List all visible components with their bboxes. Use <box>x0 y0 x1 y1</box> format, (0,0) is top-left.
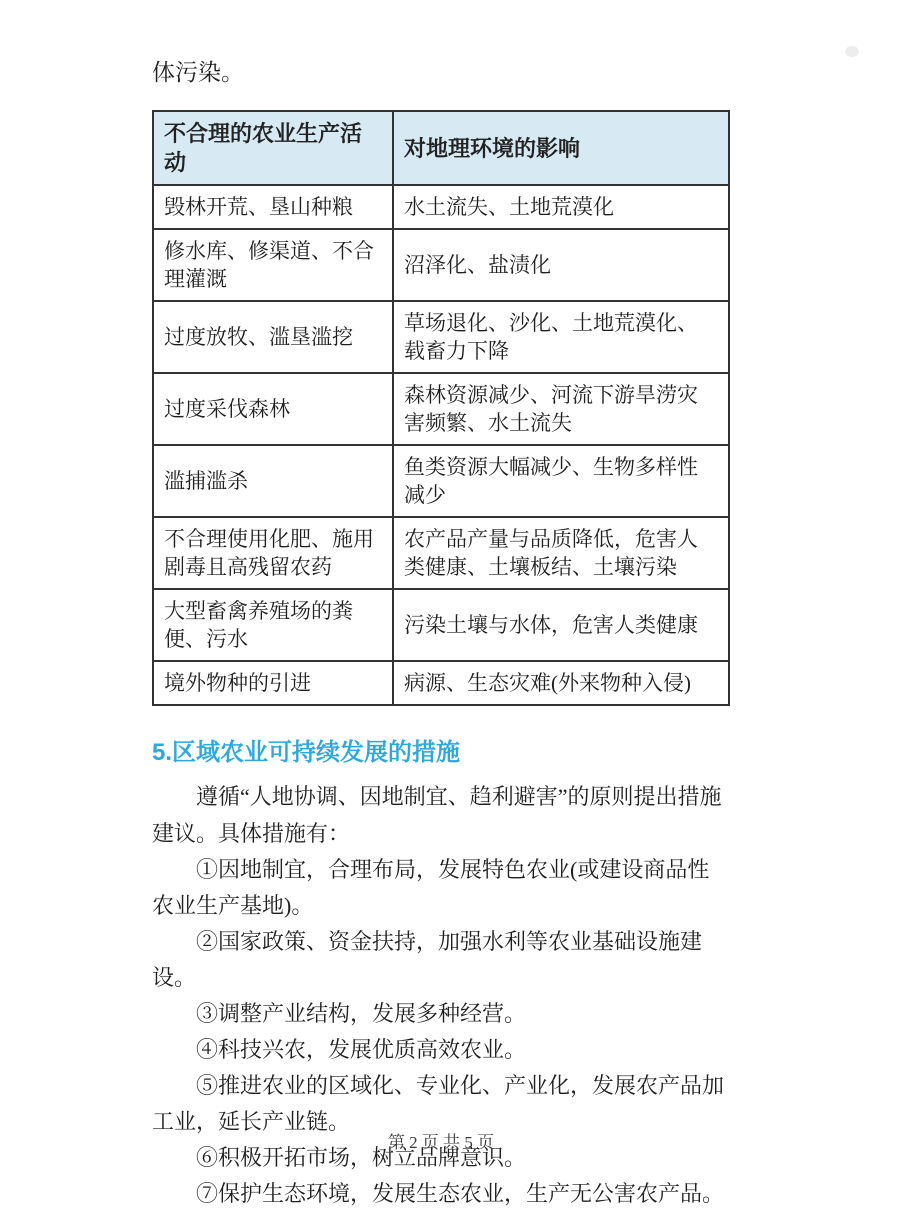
agriculture-impact-table: 不合理的农业生产活动 对地理环境的影响 毁林开荒、垦山种粮水土流失、土地荒漠化修… <box>152 110 730 706</box>
cell-impact: 病源、生态灾难(外来物种入侵) <box>393 661 729 705</box>
impact-table-body: 毁林开荒、垦山种粮水土流失、土地荒漠化修水库、修渠道、不合理灌溉沼泽化、盐渍化过… <box>153 185 729 705</box>
cell-activity: 境外物种的引进 <box>153 661 393 705</box>
table-header-activity: 不合理的农业生产活动 <box>153 111 393 185</box>
cell-activity: 大型畜禽养殖场的粪便、污水 <box>153 589 393 661</box>
cell-impact: 鱼类资源大幅减少、生物多样性减少 <box>393 445 729 517</box>
cell-impact: 草场退化、沙化、土地荒漠化、载畜力下降 <box>393 301 729 373</box>
measure-item: ③调整产业结构，发展多种经营。 <box>152 996 730 1032</box>
measure-item: ⑦保护生态环境，发展生态农业，生产无公害农产品。 <box>152 1176 730 1212</box>
table-row: 不合理使用化肥、施用剧毒且高残留农药农产品产量与品质降低，危害人类健康、土壤板结… <box>153 517 729 589</box>
scan-artifact <box>845 46 859 57</box>
table-header-row: 不合理的农业生产活动 对地理环境的影响 <box>153 111 729 185</box>
cell-activity: 修水库、修渠道、不合理灌溉 <box>153 229 393 301</box>
section-heading: 5.区域农业可持续发展的措施 <box>152 738 730 768</box>
table-row: 修水库、修渠道、不合理灌溉沼泽化、盐渍化 <box>153 229 729 301</box>
cell-impact: 水土流失、土地荒漠化 <box>393 185 729 229</box>
cell-impact: 森林资源减少、河流下游旱涝灾害频繁、水土流失 <box>393 373 729 445</box>
cell-activity: 过度放牧、滥垦滥挖 <box>153 301 393 373</box>
measures-list: ①因地制宜，合理布局，发展特色农业(或建设商品性农业生产基地)。②国家政策、资金… <box>152 852 730 1212</box>
cell-activity: 过度采伐森林 <box>153 373 393 445</box>
measure-item: ②国家政策、资金扶持，加强水利等农业基础设施建设。 <box>152 924 730 996</box>
cell-impact: 污染土壤与水体，危害人类健康 <box>393 589 729 661</box>
cell-activity: 毁林开荒、垦山种粮 <box>153 185 393 229</box>
document-page: 体污染。 不合理的农业生产活动 对地理环境的影响 毁林开荒、垦山种粮水土流失、土… <box>152 58 730 1212</box>
table-header-impact: 对地理环境的影响 <box>393 111 729 185</box>
measure-item: ④科技兴农，发展优质高效农业。 <box>152 1032 730 1068</box>
measure-item: ①因地制宜，合理布局，发展特色农业(或建设商品性农业生产基地)。 <box>152 852 730 924</box>
table-row: 过度放牧、滥垦滥挖草场退化、沙化、土地荒漠化、载畜力下降 <box>153 301 729 373</box>
page-number: 第 2 页 共 5 页 <box>152 1128 730 1153</box>
cell-impact: 沼泽化、盐渍化 <box>393 229 729 301</box>
cell-impact: 农产品产量与品质降低，危害人类健康、土壤板结、土壤污染 <box>393 517 729 589</box>
table-row: 滥捕滥杀鱼类资源大幅减少、生物多样性减少 <box>153 445 729 517</box>
table-row: 毁林开荒、垦山种粮水土流失、土地荒漠化 <box>153 185 729 229</box>
table-row: 过度采伐森林森林资源减少、河流下游旱涝灾害频繁、水土流失 <box>153 373 729 445</box>
cell-activity: 滥捕滥杀 <box>153 445 393 517</box>
section-intro: 遵循“人地协调、因地制宜、趋利避害”的原则提出措施建议。具体措施有： <box>152 778 730 852</box>
table-row: 境外物种的引进病源、生态灾难(外来物种入侵) <box>153 661 729 705</box>
cell-activity: 不合理使用化肥、施用剧毒且高残留农药 <box>153 517 393 589</box>
table-row: 大型畜禽养殖场的粪便、污水污染土壤与水体，危害人类健康 <box>153 589 729 661</box>
carryover-text: 体污染。 <box>152 58 730 88</box>
